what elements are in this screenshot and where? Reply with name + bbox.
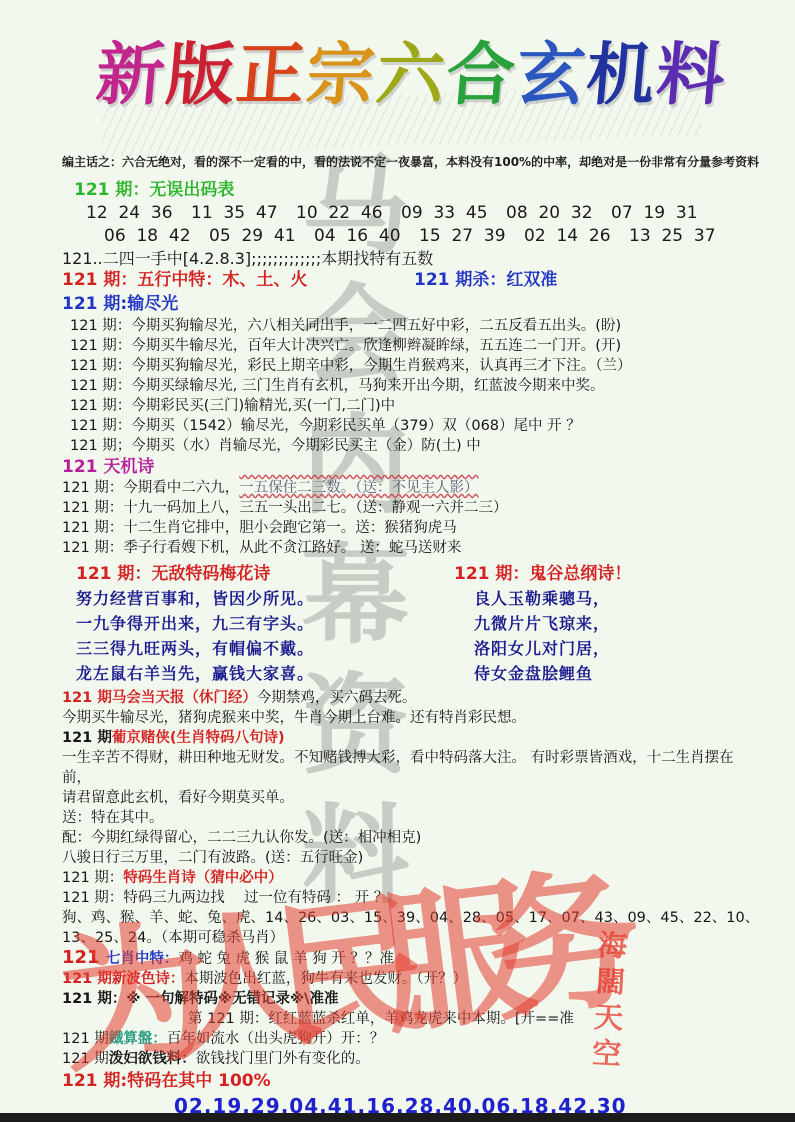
shujin-line: 121 期；今期买（水）肖输尽光，今期彩民买主（金）防(土) 中 [70,436,761,456]
bose-label: 121 期新波色诗： [62,971,184,987]
shujin-line: 121 期：今期彩民买(三门)输精光,买(一门,二门)中 [70,396,761,416]
mahui-text: 今期禁鸡，买六码去死。 [257,690,417,706]
jiete-heading: 121 期：※ 一句解特码※无错记录※\准准 [62,989,761,1009]
page-title: 新版正宗六合玄机料 [58,30,765,122]
code-cell: 12 24 36 [86,202,183,225]
code-cell: 02 14 26 [524,225,621,248]
tianji-line: 121 期：今期看中二六九，一五保住二三数。（送：不见主人影） [62,478,761,498]
code-cell: 07 19 31 [611,202,708,225]
title-char: 版 [163,35,240,115]
pujing-label: 葡京赌侠(生肖特码八句诗) [112,730,285,746]
temasx-numbers: 狗、鸡、猴、羊、蛇、兔、虎、14、26、03、15、39、04、28、05、17… [62,908,761,928]
pujing-line: 配：今期红绿得留心，二二三九认你发。(送：相冲相克) [62,828,761,848]
shujin-line: 121 期：今期买（1542）输尽光，今期彩民买单（379）双（068）尾中 开… [70,416,761,436]
shujin-line: 121 期：今期买狗输尽光，六八相关同出手，一二四五好中彩，二五反看五出头。(盼… [70,316,761,336]
mahui-line2: 今期买牛输尽光，猪狗虎猴来中奖，牛肖今期上台难。还有特肖彩民想。 [62,708,761,728]
shujin-line: 121 期：今期买绿输尽光, 三门生肖有玄机，马狗来开出今期，红蓝波今期来中奖。 [70,376,761,396]
watermark-corner-text: 海闊天空 [584,929,632,1075]
poem-right-title: 121 期：鬼谷总纲诗！ [454,562,631,586]
poem-line: 龙左鼠右羊当先，赢钱大家喜。 [76,661,406,686]
poem-right: 121 期：鬼谷总纲诗！ 良人玉勒乘骢马， 九微片片飞琼来， 洛阳女儿对门居， … [454,562,631,686]
poem-line: 一九争得开出来，九三有字头。 [76,611,406,636]
pujing-heading: 121 期葡京赌侠(生肖特码八句诗) [62,728,761,748]
pofu-line: 121 期泼妇欲钱料：欲钱找门里门外有变化的。 [62,1049,761,1069]
shujin-line: 121 期：今期买牛输尽光，百年大计决兴亡。欣逢柳辫凝眸绿，五五连二一门开。(开… [70,336,761,356]
poem-line: 努力经营百事和，皆因少所见。 [76,586,406,611]
title-char: 六 [373,35,450,115]
sha-label: 121 期杀：红双准 [414,269,557,292]
tianji-line-marked: 一五保住二三数。（送：不见主人影） [239,480,478,496]
poem-line: 三三得九旺两头，有帽偏不戴。 [76,636,406,661]
final-heading: 121 期:特码在其中 100% [62,1069,761,1093]
pujing-line: 八骏日行三万里，二门有波路。(送：五行旺金) [62,848,761,868]
temasx-label: 特码生肖诗（猜中必中） [123,870,283,886]
pujing-line: 请君留意此玄机，看好今期莫买单。 [62,788,761,808]
poem-line: 洛阳女儿对门居， [474,636,631,661]
qixiao-label: 七肖中特： [106,951,179,967]
code-cell: 05 29 41 [209,225,306,248]
code-cell: 09 33 45 [401,202,498,225]
temasx-heading: 121 期：特码生肖诗（猜中必中） [62,868,761,888]
poem-line: 侍女金盘脍鲤鱼 [474,661,631,686]
qixiao-line: 121 七肖中特：鸡 蛇 兔 虎 猴 鼠 羊 狗 开 ？？准 [62,948,761,969]
title-char: 正 [233,35,310,115]
masthead: 新版正宗六合玄机料 [62,30,761,146]
pofu-text: 欲钱找门里门外有变化的。 [196,1051,370,1067]
shujin-line: 121 期：今期买狗输尽光，彩民上期辛中彩，今期生肖猴鸡来，认真再三才下注。（兰… [70,356,761,376]
code-cell: 11 35 47 [191,202,288,225]
code-cell: 08 20 32 [506,202,603,225]
shujin-heading: 121 期:输尽光 [62,292,761,316]
mahui-line: 121 期马会当天报（休门经）今期禁鸡，买六码去死。 [62,688,761,708]
pujing-prefix: 121 期 [62,730,112,746]
pofu-label: 泼妇欲钱料： [109,1051,196,1067]
temasx-numbers: 13、25、24。（本期可稳杀马肖） [62,928,761,948]
tiesuan-label: 鐡算盤： [109,1031,167,1047]
tianji-line: 121 期：十二生肖它排中，胆小会跑它第一。送：猴猪狗虎马 [62,518,761,538]
title-char: 玄 [513,35,590,115]
qixiao-issue: 121 [62,947,106,968]
title-char: 料 [653,35,730,115]
code-cell: 04 16 40 [314,225,411,248]
wuxing-label: 121 期：五行中特：木、土、火 [62,269,414,292]
tianji-heading: 121 天机诗 [62,456,761,478]
poem-left-title: 121 期：无敌特码梅花诗 [76,562,406,586]
bose-line: 121 期新波色诗：本期波色出红蓝，狗牛有来也发财。（开？） [62,969,761,989]
temasx-line: 121 期：特码三九两边找 过一位有特码 ： 开 ？ [62,888,761,908]
tiesuan-prefix: 121 期 [62,1031,109,1047]
jiete-line: 第 121 期：红红蓝蓝杀红单，羊鸡龙虎来中本期。[开==准 [188,1009,761,1029]
title-char: 合 [443,35,520,115]
title-char: 新 [93,35,170,115]
mahui-label: 121 期马会当天报（休门经） [62,690,257,706]
pofu-prefix: 121 期 [62,1051,109,1067]
qixiao-text: 鸡 蛇 兔 虎 猴 鼠 羊 狗 开 ？？准 [178,951,393,967]
code-table-heading: 121 期：无误出码表 [74,178,761,202]
tiesuan-text: 百年如流水（出头虎狗开）开：？ [167,1031,385,1047]
code-cell: 15 27 39 [419,225,516,248]
tianji-line-prefix: 121 期：今期看中二六九， [62,480,239,496]
code-cell: 13 25 37 [629,225,726,248]
pujing-line: 一生辛苦不得财，耕田种地无财发。不知赌钱搏大彩，看中特码落大注。 有时彩票皆酒戏… [62,748,761,788]
code-table-footer: 121..二四一手中[4.2.8.3];;;;;;;;;;;;;本期找特有五数 [62,248,761,269]
poem-line: 九微片片飞琼来， [474,611,631,636]
tianji-line: 121 期：季子行看嫂下机，从此不贪江路好。 送：蛇马送财来 [62,538,761,558]
temasx-prefix: 121 期： [62,870,123,886]
bottom-border [0,1113,795,1122]
code-cell: 06 18 42 [104,225,201,248]
poem-line: 良人玉勒乘骢马， [474,586,631,611]
pujing-line: 送：特在其中。 [62,808,761,828]
poem-left: 121 期：无敌特码梅花诗 努力经营百事和，皆因少所见。 一九争得开出来，九三有… [76,562,406,686]
code-cell: 10 22 46 [296,202,393,225]
editor-note: 编主话之：六合无绝对，看的深不一定看的中，看的法说不定一夜暴富，本料没有100%… [62,154,761,170]
title-char: 宗 [303,35,380,115]
bose-text: 本期波色出红蓝，狗牛有来也发财。（开？） [184,971,467,987]
code-table-row: 06 18 4205 29 4104 16 4015 27 3902 14 26… [104,225,761,248]
tianji-line: 121 期：十九一码加上八，三五一头出二七。（送：静观一六并二三） [62,498,761,518]
code-table-row: 12 24 3611 35 4710 22 4609 33 4508 20 32… [86,202,761,225]
poem-columns: 121 期：无敌特码梅花诗 努力经营百事和，皆因少所见。 一九争得开出来，九三有… [62,562,761,686]
wuxing-row: 121 期：五行中特：木、土、火 121 期杀：红双准 [62,269,761,292]
tiesuan-line: 121 期鐡算盤：百年如流水（出头虎狗开）开：？ [62,1029,761,1049]
content: 新版正宗六合玄机料 编主话之：六合无绝对，看的深不一定看的中，看的法说不定一夜暴… [0,0,795,1119]
page: 马会内幕资料 为人民服务 海闊天空 新版正宗六合玄机料 编主话之：六合无绝对，看… [0,0,795,1122]
title-char: 机 [583,35,660,115]
